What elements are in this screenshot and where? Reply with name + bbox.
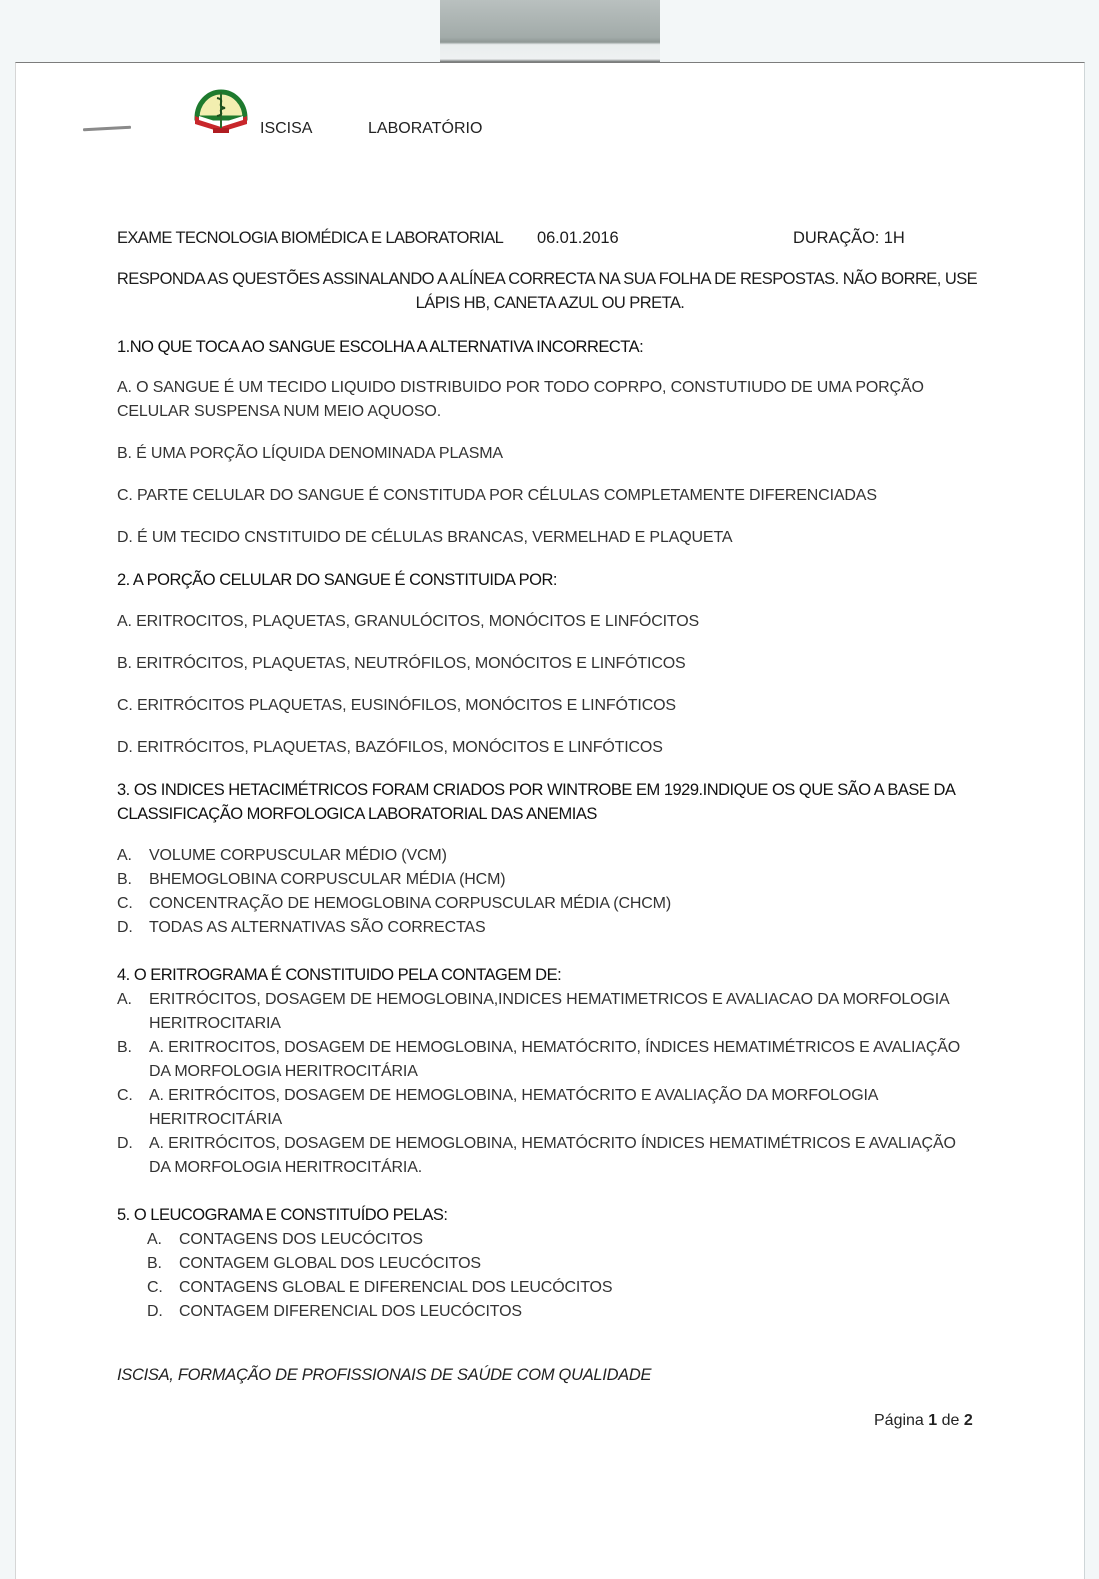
q1-option-c[interactable]: C. PARTE CELULAR DO SANGUE É CONSTITUDA … xyxy=(117,487,877,505)
q5-option-a[interactable]: A.CONTAGENS DOS LEUCÓCITOS xyxy=(147,1231,423,1249)
option-text: TODAS AS ALTERNATIVAS SÃO CORRECTAS xyxy=(149,919,485,936)
option-label: C. xyxy=(117,895,149,913)
q1-option-a[interactable]: A. O SANGUE É UM TECIDO LIQUIDO DISTRIBU… xyxy=(117,379,924,397)
exam-date: 06.01.2016 xyxy=(537,229,619,248)
option-label: C. xyxy=(147,1279,179,1297)
option-text: A. ERITROCITOS, DOSAGEM DE HEMOGLOBINA, … xyxy=(149,1039,960,1056)
q2-option-c[interactable]: C. ERITRÓCITOS PLAQUETAS, EUSINÓFILOS, M… xyxy=(117,697,676,715)
q1-option-b[interactable]: B. É UMA PORÇÃO LÍQUIDA DENOMINADA PLASM… xyxy=(117,445,503,463)
page-indicator: Página 1 de 2 xyxy=(874,1412,973,1430)
option-text: CONTAGEM DIFERENCIAL DOS LEUCÓCITOS xyxy=(179,1303,522,1320)
page-current: 1 xyxy=(928,1412,937,1429)
q5-option-c[interactable]: C.CONTAGENS GLOBAL E DIFERENCIAL DOS LEU… xyxy=(147,1279,612,1297)
question-3: 3. OS INDICES HETACIMÉTRICOS FORAM CRIAD… xyxy=(117,781,955,800)
institution-name: ISCISA xyxy=(260,120,312,138)
option-label: C. xyxy=(117,1087,149,1105)
exam-page: ISCISA LABORATÓRIO EXAME TECNOLOGIA BIOM… xyxy=(15,62,1085,1579)
q4-option-a[interactable]: A.ERITRÓCITOS, DOSAGEM DE HEMOGLOBINA,IN… xyxy=(117,991,950,1009)
q4-option-c[interactable]: C.A. ERITRÓCITOS, DOSAGEM DE HEMOGLOBINA… xyxy=(117,1087,878,1105)
q3-option-b[interactable]: B.BHEMOGLOBINA CORPUSCULAR MÉDIA (HCM) xyxy=(117,871,505,889)
q3-option-c[interactable]: C.CONCENTRAÇÃO DE HEMOGLOBINA CORPUSCULA… xyxy=(117,895,671,913)
option-text: A. ERITRÓCITOS, DOSAGEM DE HEMOGLOBINA, … xyxy=(149,1087,878,1104)
staple-mark xyxy=(83,126,131,132)
option-label: B. xyxy=(147,1255,179,1273)
option-label: A. xyxy=(147,1231,179,1249)
q3-option-a[interactable]: A.VOLUME CORPUSCULAR MÉDIO (VCM) xyxy=(117,847,447,865)
option-label: B. xyxy=(117,1039,149,1057)
question-2: 2. A PORÇÃO CELULAR DO SANGUE É CONSTITU… xyxy=(117,571,557,590)
question-3-cont: CLASSIFICAÇÃO MORFOLOGICA LABORATORIAL D… xyxy=(117,805,597,824)
option-text: VOLUME CORPUSCULAR MÉDIO (VCM) xyxy=(149,847,447,864)
q4-option-a-cont: HERITROCITARIA xyxy=(149,1015,281,1033)
q4-option-b[interactable]: B.A. ERITROCITOS, DOSAGEM DE HEMOGLOBINA… xyxy=(117,1039,960,1057)
option-label: D. xyxy=(117,1135,149,1153)
option-label: A. xyxy=(117,991,149,1009)
q1-option-d[interactable]: D. É UM TECIDO CNSTITUIDO DE CÉLULAS BRA… xyxy=(117,529,732,547)
q5-option-b[interactable]: B.CONTAGEM GLOBAL DOS LEUCÓCITOS xyxy=(147,1255,481,1273)
option-text: CONTAGENS DOS LEUCÓCITOS xyxy=(179,1231,423,1248)
page-word: Página xyxy=(874,1412,924,1429)
option-label: A. xyxy=(117,847,149,865)
page-of: de xyxy=(942,1412,960,1429)
question-4: 4. O ERITROGRAMA É CONSTITUIDO PELA CONT… xyxy=(117,966,561,985)
instructions-line-1: RESPONDA AS QUESTÕES ASSINALANDO A ALÍNE… xyxy=(13,270,1081,289)
option-text: CONTAGEM GLOBAL DOS LEUCÓCITOS xyxy=(179,1255,481,1272)
option-label: D. xyxy=(147,1303,179,1321)
q4-option-c-cont: HERITROCITÁRIA xyxy=(149,1111,282,1129)
question-5: 5. O LEUCOGRAMA E CONSTITUÍDO PELAS: xyxy=(117,1206,447,1225)
option-text: CONCENTRAÇÃO DE HEMOGLOBINA CORPUSCULAR … xyxy=(149,895,671,912)
page-total: 2 xyxy=(964,1412,973,1429)
exam-duration: DURAÇÃO: 1H xyxy=(793,229,905,248)
q5-option-d[interactable]: D.CONTAGEM DIFERENCIAL DOS LEUCÓCITOS xyxy=(147,1303,522,1321)
q2-option-b[interactable]: B. ERITRÓCITOS, PLAQUETAS, NEUTRÓFILOS, … xyxy=(117,655,686,673)
option-label: D. xyxy=(117,919,149,937)
option-text: ERITRÓCITOS, DOSAGEM DE HEMOGLOBINA,INDI… xyxy=(149,991,950,1008)
q3-option-d[interactable]: D.TODAS AS ALTERNATIVAS SÃO CORRECTAS xyxy=(117,919,485,937)
q4-option-d-cont: DA MORFOLOGIA HERITROCITÁRIA. xyxy=(149,1159,422,1177)
question-1: 1.NO QUE TOCA AO SANGUE ESCOLHA A ALTERN… xyxy=(117,338,643,357)
instructions-line-2: LÁPIS HB, CANETA AZUL OU PRETA. xyxy=(16,294,1084,313)
department-name: LABORATÓRIO xyxy=(368,120,482,138)
q1-option-a-cont: CELULAR SUSPENSA NUM MEIO AQUOSO. xyxy=(117,403,441,421)
footer-motto: ISCISA, FORMAÇÃO DE PROFISSIONAIS DE SAÚ… xyxy=(117,1366,651,1385)
option-text: BHEMOGLOBINA CORPUSCULAR MÉDIA (HCM) xyxy=(149,871,505,888)
q4-option-d[interactable]: D.A. ERITRÓCITOS, DOSAGEM DE HEMOGLOBINA… xyxy=(117,1135,956,1153)
exam-title: EXAME TECNOLOGIA BIOMÉDICA E LABORATORIA… xyxy=(117,229,503,248)
option-text: CONTAGENS GLOBAL E DIFERENCIAL DOS LEUCÓ… xyxy=(179,1279,612,1296)
iscisa-caduceus-logo-icon xyxy=(189,80,253,136)
q4-option-b-cont: DA MORFOLOGIA HERITROCITÁRIA xyxy=(149,1063,418,1081)
q2-option-d[interactable]: D. ERITRÓCITOS, PLAQUETAS, BAZÓFILOS, MO… xyxy=(117,739,663,757)
option-text: A. ERITRÓCITOS, DOSAGEM DE HEMOGLOBINA, … xyxy=(149,1135,956,1152)
scanner-clip-strip xyxy=(440,0,660,62)
q2-option-a[interactable]: A. ERITROCITOS, PLAQUETAS, GRANULÓCITOS,… xyxy=(117,613,699,631)
option-label: B. xyxy=(117,871,149,889)
